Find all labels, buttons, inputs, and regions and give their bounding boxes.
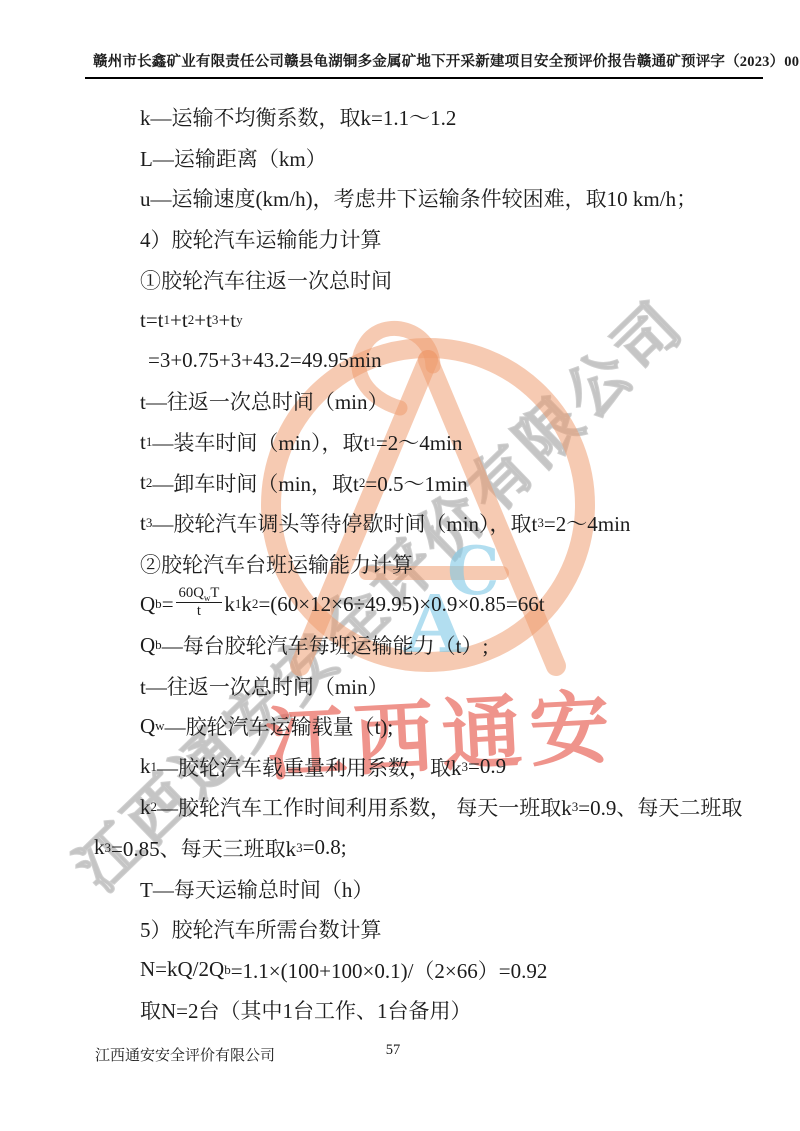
header-report-title: 赣州市长鑫矿业有限责任公司赣县龟湖铜多金属矿地下开采新建项目安全预评价报告 <box>93 50 637 71</box>
text-line: t=t1+t2+t3+ty <box>0 300 800 341</box>
text-line: 4）胶轮汽车运输能力计算 <box>0 219 800 260</box>
text-line: k—运输不均衡系数，取k=1.1～1.2 <box>0 97 800 138</box>
text-line: u—运输速度(km/h)，考虑井下运输条件较困难，取10 km/h； <box>0 178 800 219</box>
text-line: N=kQ/2Qb=1.1×(100+100×0.1)/（2×66）=0.92 <box>0 949 800 990</box>
text-line: t1—装车时间（min），取t1=2～4min <box>0 422 800 463</box>
text-line: t—往返一次总时间（min） <box>0 665 800 706</box>
text-line: =3+0.75+3+43.2=49.95min <box>0 341 800 382</box>
body-lines: k—运输不均衡系数，取k=1.1～1.2L—运输距离（km）u—运输速度(km/… <box>0 97 800 1031</box>
text-line: 5）胶轮汽车所需台数计算 <box>0 909 800 950</box>
text-line: L—运输距离（km） <box>0 138 800 179</box>
text-line: k1—胶轮汽车载重量利用系数，取k3=0.9 <box>0 747 800 788</box>
page-footer: 江西通安安全评价有限公司 57 <box>0 1042 800 1066</box>
text-line: Qb=60QwTtk1k2=(60×12×6÷49.95)×0.9×0.85=6… <box>0 584 800 625</box>
header-doc-number: 赣通矿预评字（2023）007 号 <box>637 50 800 71</box>
fraction: 60QwTt <box>176 585 223 619</box>
text-line: Qb—每台胶轮汽车每班运输能力（t）; <box>0 625 800 666</box>
page-number: 57 <box>0 1042 786 1059</box>
page-header: 赣州市长鑫矿业有限责任公司赣县龟湖铜多金属矿地下开采新建项目安全预评价报告 赣通… <box>93 50 712 71</box>
text-line: 取N=2台（其中1台工作、1台备用） <box>0 990 800 1031</box>
text-line: t3—胶轮汽车调头等待停歇时间（min），取t3=2～4min <box>0 503 800 544</box>
text-line: t—往返一次总时间（min） <box>0 381 800 422</box>
text-line: t2—卸车时间（min，取t2=0.5～1min <box>0 462 800 503</box>
text-line: k2—胶轮汽车工作时间利用系数， 每天一班取k3=0.9、每天二班取 <box>0 787 800 828</box>
text-line: k3=0.85、每天三班取k3=0.8; <box>0 828 800 869</box>
document-page: 江西通安安全评价有限公司 C A 江西通安 赣州市长鑫矿业有限责任公司赣县龟湖铜… <box>0 0 800 1131</box>
text-line: ②胶轮汽车台班运输能力计算 <box>0 544 800 585</box>
header-rule <box>85 77 763 79</box>
text-line: ①胶轮汽车往返一次总时间 <box>0 259 800 300</box>
text-line: Qw—胶轮汽车运输载量（t); <box>0 706 800 747</box>
text-line: T—每天运输总时间（h） <box>0 868 800 909</box>
